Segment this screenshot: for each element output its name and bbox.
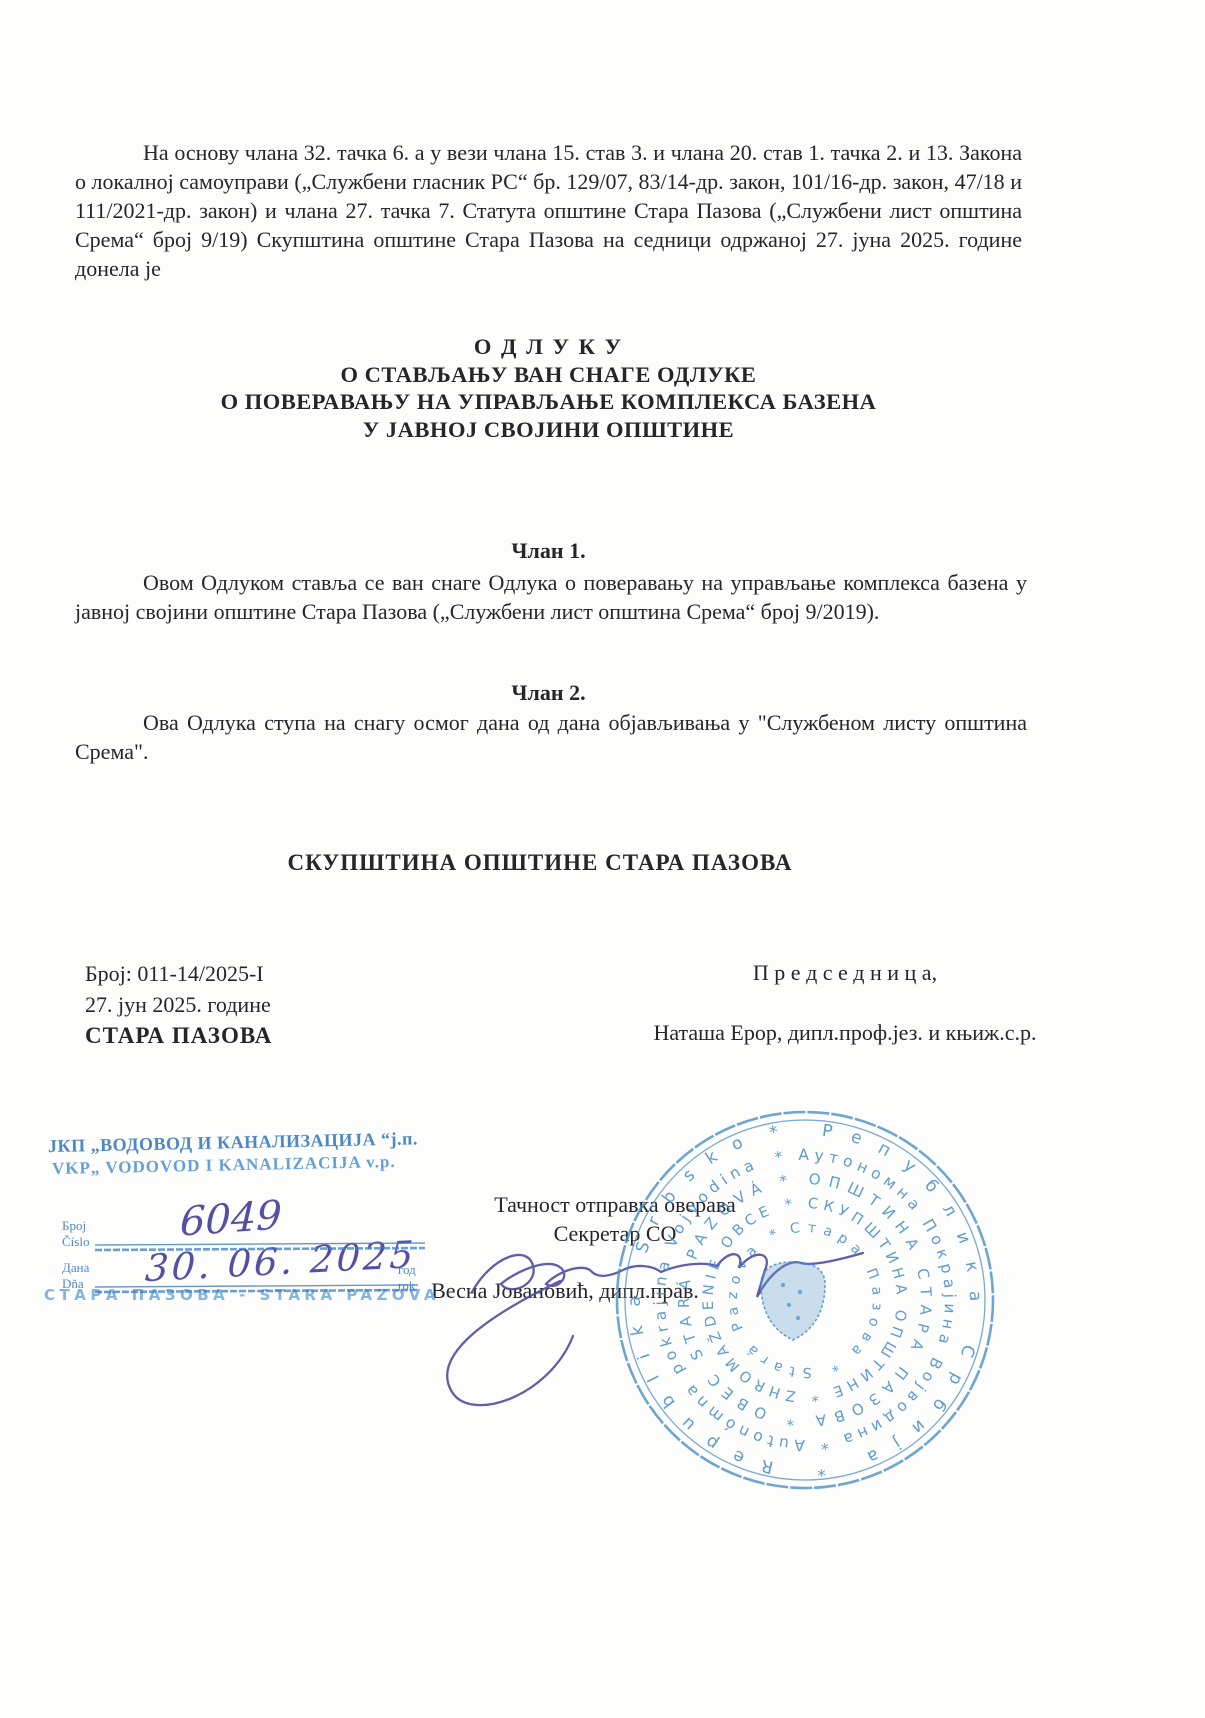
article-1-heading: Члан 1.: [75, 538, 1022, 564]
secretary-name: Весна Јовановић, дипл.прав.: [405, 1278, 725, 1304]
article-2-text: Ова Одлука ступа на снагу осмог дана од …: [75, 708, 1027, 766]
intro-paragraph: На основу члана 32. тачка 6. а у вези чл…: [75, 138, 1022, 283]
year-label-sr: год: [398, 1262, 416, 1278]
receipt-stamp-place: СТАРА ПАЗОВА - STARA PAZOVA: [44, 1286, 444, 1304]
receipt-number-handwritten: 6049: [179, 1192, 282, 1245]
decision-title: О Д Л У К У О СТАВЉАЊУ ВАН СНАГЕ ОДЛУКЕ …: [75, 333, 1022, 443]
certification-line-2: Секретар СО: [435, 1221, 795, 1247]
document-page: На основу члана 32. тачка 6. а у вези чл…: [0, 0, 1205, 1718]
document-place: СТАРА ПАЗОВА: [85, 1020, 272, 1051]
date-label-sr: Дана: [62, 1260, 89, 1276]
document-number-block: Број: 011-14/2025-I 27. јун 2025. године…: [85, 958, 272, 1051]
number-label-sr: Број: [62, 1218, 89, 1234]
document-date: 27. јун 2025. године: [85, 989, 272, 1020]
assembly-heading: СКУПШТИНА ОПШТИНЕ СТАРА ПАЗОВА: [40, 850, 1040, 876]
title-line-4: У ЈАВНОЈ СВОЈИНИ ОПШТИНЕ: [75, 416, 1022, 444]
title-line-3: О ПОВЕРАВАЊУ НА УПРАВЉАЊЕ КОМПЛЕКСА БАЗЕ…: [75, 388, 1022, 416]
article-1-text: Овом Одлуком ставља се ван снаге Одлука …: [75, 568, 1027, 626]
stamp-coat-of-arms: [761, 1262, 825, 1340]
title-line-1: О Д Л У К У: [75, 333, 1022, 361]
title-line-2: О СТАВЉАЊУ ВАН СНАГЕ ОДЛУКЕ: [75, 361, 1022, 389]
secretary-signature: [447, 1253, 863, 1405]
receipt-number-label: Број Číslo: [62, 1218, 89, 1250]
number-label-sk: Číslo: [62, 1234, 89, 1250]
article-2-heading: Члан 2.: [75, 680, 1022, 706]
certification-line-1: Тачност отправка оверава: [435, 1192, 795, 1218]
president-role: П р е д с е д н и ц а,: [630, 960, 1060, 986]
president-name: Наташа Ерор, дипл.проф.јез. и књиж.с.р.: [615, 1020, 1075, 1046]
document-number: Број: 011-14/2025-I: [85, 958, 272, 989]
